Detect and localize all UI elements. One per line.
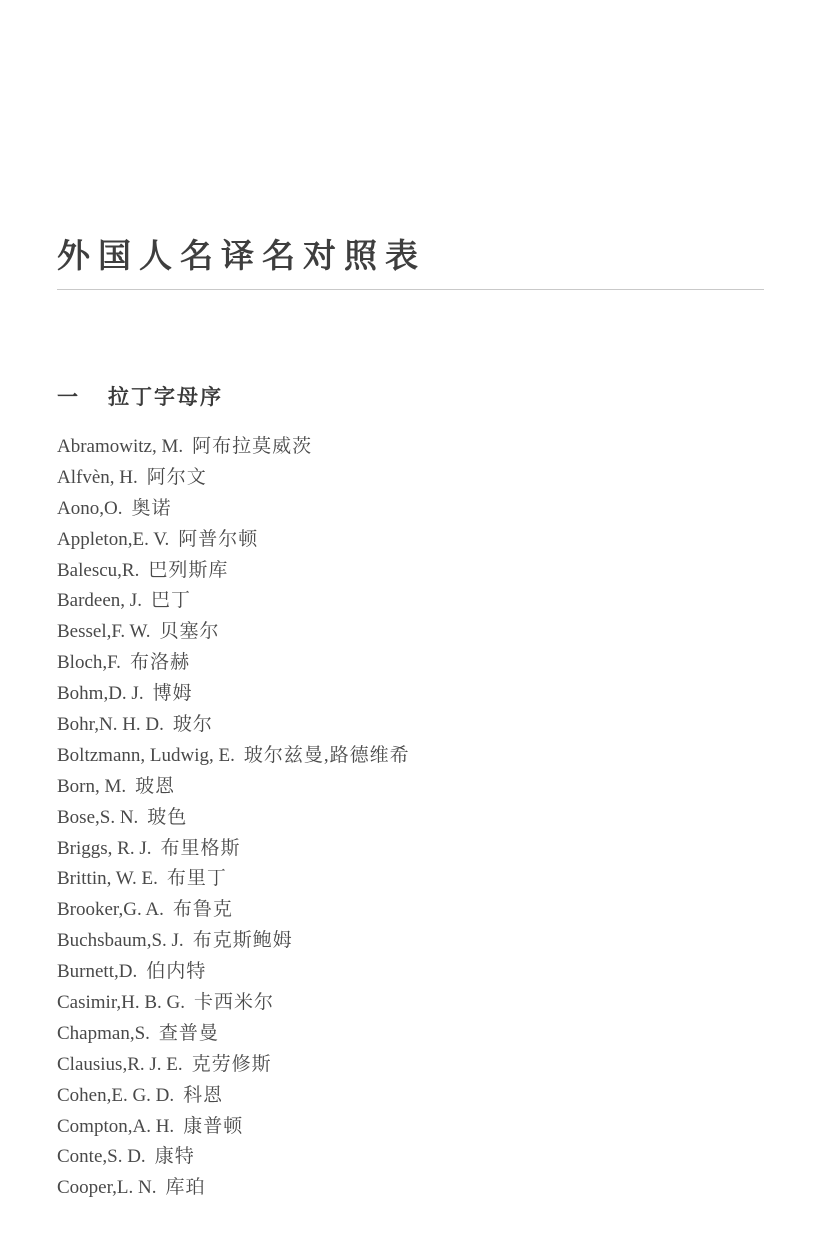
list-item: Cooper,L. N.库珀 xyxy=(57,1173,764,1204)
list-item: Born, M.玻恩 xyxy=(57,772,764,803)
latin-name: Bloch,F. xyxy=(57,652,121,673)
chinese-name: 康特 xyxy=(155,1146,195,1167)
latin-name: Briggs, R. J. xyxy=(57,838,152,859)
chinese-name: 布鲁克 xyxy=(173,899,233,920)
chinese-name: 布洛赫 xyxy=(130,652,190,673)
list-item: Chapman,S.查普曼 xyxy=(57,1019,764,1050)
latin-name: Bohr,N. H. D. xyxy=(57,714,164,735)
latin-name: Balescu,R. xyxy=(57,560,139,581)
list-item: Bohr,N. H. D.玻尔 xyxy=(57,710,764,741)
latin-name: Bose,S. N. xyxy=(57,807,138,828)
document-page: 外国人名译名对照表 一拉丁字母序 Abramowitz, M.阿布拉莫威茨Alf… xyxy=(0,0,826,1256)
title-rule xyxy=(57,289,764,290)
chinese-name: 康普顿 xyxy=(183,1116,243,1137)
chinese-name: 奥诺 xyxy=(131,498,171,519)
list-item: Brooker,G. A.布鲁克 xyxy=(57,895,764,926)
list-item: Buchsbaum,S. J.布克斯鲍姆 xyxy=(57,926,764,957)
chinese-name: 科恩 xyxy=(183,1085,223,1106)
latin-name: Cooper,L. N. xyxy=(57,1177,157,1198)
list-item: Bloch,F.布洛赫 xyxy=(57,648,764,679)
chinese-name: 布里格斯 xyxy=(161,838,241,859)
latin-name: Brittin, W. E. xyxy=(57,868,158,889)
list-item: Briggs, R. J.布里格斯 xyxy=(57,834,764,865)
chinese-name: 巴列斯库 xyxy=(148,560,228,581)
page-title: 外国人名译名对照表 xyxy=(57,238,764,274)
chinese-name: 布里丁 xyxy=(167,868,227,889)
list-item: Appleton,E. V.阿普尔顿 xyxy=(57,525,764,556)
latin-name: Casimir,H. B. G. xyxy=(57,992,185,1013)
chinese-name: 布克斯鲍姆 xyxy=(193,930,293,951)
list-item: Bessel,F. W.贝塞尔 xyxy=(57,617,764,648)
latin-name: Chapman,S. xyxy=(57,1023,150,1044)
chinese-name: 伯内特 xyxy=(146,961,206,982)
chinese-name: 阿布拉莫威茨 xyxy=(192,436,312,457)
list-item: Brittin, W. E.布里丁 xyxy=(57,864,764,895)
latin-name: Bohm,D. J. xyxy=(57,683,144,704)
list-item: Alfvèn, H.阿尔文 xyxy=(57,463,764,494)
chinese-name: 玻色 xyxy=(147,807,187,828)
list-item: Compton,A. H.康普顿 xyxy=(57,1112,764,1143)
latin-name: Conte,S. D. xyxy=(57,1146,146,1167)
latin-name: Bessel,F. W. xyxy=(57,621,151,642)
chinese-name: 玻恩 xyxy=(135,776,175,797)
latin-name: Compton,A. H. xyxy=(57,1116,174,1137)
chinese-name: 博姆 xyxy=(153,683,193,704)
chinese-name: 查普曼 xyxy=(159,1023,219,1044)
chinese-name: 阿普尔顿 xyxy=(178,529,258,550)
list-item: Boltzmann, Ludwig, E.玻尔兹曼,路德维希 xyxy=(57,741,764,772)
chinese-name: 巴丁 xyxy=(151,590,191,611)
latin-name: Cohen,E. G. D. xyxy=(57,1085,174,1106)
latin-name: Brooker,G. A. xyxy=(57,899,164,920)
latin-name: Burnett,D. xyxy=(57,961,137,982)
list-item: Cohen,E. G. D.科恩 xyxy=(57,1081,764,1112)
chinese-name: 玻尔 xyxy=(173,714,213,735)
chinese-name: 库珀 xyxy=(166,1177,206,1198)
latin-name: Abramowitz, M. xyxy=(57,436,183,457)
chinese-name: 贝塞尔 xyxy=(160,621,220,642)
latin-name: Clausius,R. J. E. xyxy=(57,1054,183,1075)
latin-name: Bardeen, J. xyxy=(57,590,142,611)
latin-name: Buchsbaum,S. J. xyxy=(57,930,184,951)
latin-name: Born, M. xyxy=(57,776,126,797)
section-heading: 一拉丁字母序 xyxy=(57,386,764,410)
list-item: Casimir,H. B. G.卡西米尔 xyxy=(57,988,764,1019)
section-title: 拉丁字母序 xyxy=(108,386,223,409)
list-item: Balescu,R.巴列斯库 xyxy=(57,556,764,587)
section-number: 一 xyxy=(57,386,80,410)
latin-name: Aono,O. xyxy=(57,498,122,519)
list-item: Conte,S. D.康特 xyxy=(57,1142,764,1173)
chinese-name: 玻尔兹曼,路德维希 xyxy=(244,745,410,766)
latin-name: Boltzmann, Ludwig, E. xyxy=(57,745,235,766)
list-item: Bardeen, J.巴丁 xyxy=(57,586,764,617)
name-list: Abramowitz, M.阿布拉莫威茨Alfvèn, H.阿尔文Aono,O.… xyxy=(57,432,764,1204)
list-item: Bose,S. N.玻色 xyxy=(57,803,764,834)
list-item: Bohm,D. J.博姆 xyxy=(57,679,764,710)
chinese-name: 克劳修斯 xyxy=(192,1054,272,1075)
chinese-name: 阿尔文 xyxy=(147,467,207,488)
list-item: Clausius,R. J. E.克劳修斯 xyxy=(57,1050,764,1081)
latin-name: Appleton,E. V. xyxy=(57,529,169,550)
list-item: Burnett,D.伯内特 xyxy=(57,957,764,988)
list-item: Aono,O.奥诺 xyxy=(57,494,764,525)
chinese-name: 卡西米尔 xyxy=(194,992,274,1013)
latin-name: Alfvèn, H. xyxy=(57,467,138,488)
list-item: Abramowitz, M.阿布拉莫威茨 xyxy=(57,432,764,463)
